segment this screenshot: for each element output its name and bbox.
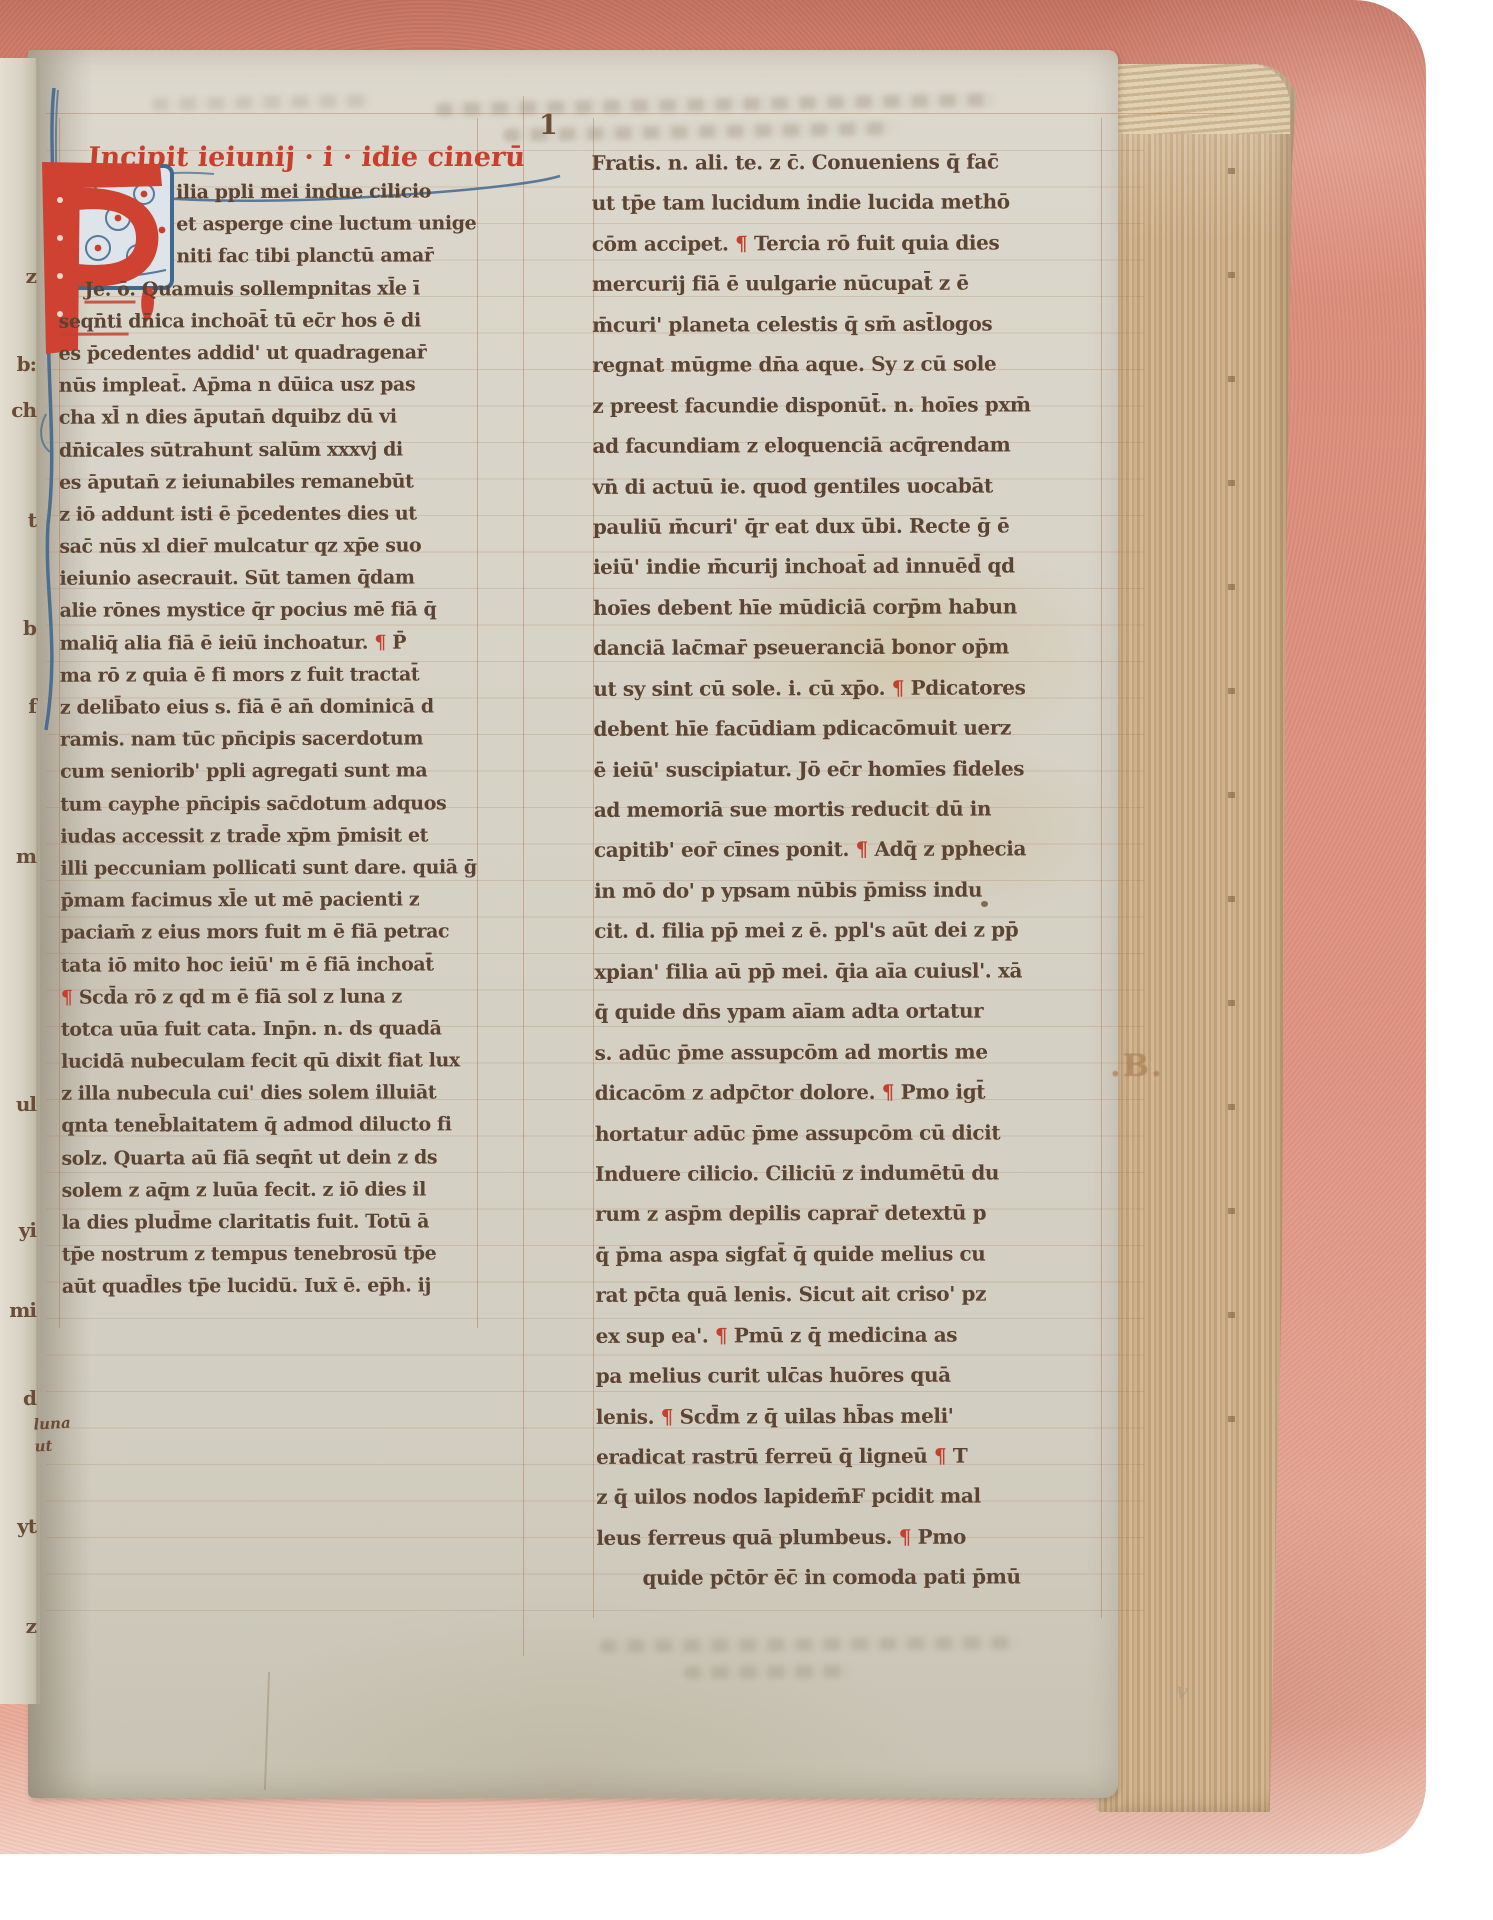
margin-gloss: luna ut xyxy=(33,1410,95,1457)
text-line: ex sup ea'. ¶ Pmū z q̄ medicina as xyxy=(596,1314,1111,1356)
ink-speck xyxy=(981,901,988,907)
text-line: sac̄ nūs xl dier̄ mulcatur qz xp̄e suo xyxy=(59,529,479,563)
text-line: rum z asp̄m depilis caprar̄ detextū p xyxy=(595,1192,1110,1234)
text-line: ē ieiū' suscipiatur. Jō ec̄r homīes fide… xyxy=(594,748,1109,790)
leaf-edge-fragment: m xyxy=(16,844,36,868)
text-line: debent hīe facūdiam pdicacōmuit uerz xyxy=(593,707,1108,749)
text-line: s. adūc p̄me assupcōm ad mortis me xyxy=(595,1031,1110,1073)
text-line: alie rōnes mystice q̄r pocius mē fiā q̄ xyxy=(59,594,479,628)
text-line: es āputan̄ z ieiunabiles remanebūt xyxy=(59,465,479,499)
text-line: tum cayphe pn̄cipis sac̄dotum adquos xyxy=(60,787,480,821)
text-line: cit. d. filia pp̄ mei z ē. ppl's aūt dei… xyxy=(594,909,1109,951)
text-line: cum seniorib' ppli agregati sunt ma xyxy=(60,755,480,789)
text-line: ad memoriā sue mortis reducit dū in xyxy=(594,788,1109,830)
text-line: in mō do' p ypsam nūbis p̄miss indu xyxy=(594,869,1109,911)
leaf-edge-fragment: z xyxy=(26,1614,36,1638)
text-line: ieiū' indie m̄curij inchoat̄ ad innuēd̄ … xyxy=(593,545,1108,587)
leaf-edge-fragment: ul xyxy=(16,1092,36,1116)
text-line: ¶ Scd̄a rō z qd m ē fiā sol z luna z xyxy=(61,980,481,1014)
text-line: z delib̄ato eius s. fiā ē an̄ dominicā d xyxy=(60,690,480,724)
text-line: lucidā nubeculam fecit qū dixit fiat lux xyxy=(61,1044,481,1078)
text-line: qnta teneb̄laitatem q̄ admod dilucto fi xyxy=(61,1109,481,1143)
text-line: aūt quad̄les tp̄e lucidū. Iux̄ ē. ep̄h. … xyxy=(62,1270,482,1304)
text-line: m̄curi' planeta celestis q̄ sm̄ ast̄logo… xyxy=(592,303,1107,345)
text-line: ma rō z quia ē fi mors z fuit tractat̄ xyxy=(60,658,480,692)
text-line: ramis. nam tūc pn̄cipis sacerdotum xyxy=(60,722,480,756)
text-line: totca uūa fuit cata. Inp̄n. n. ds quadā xyxy=(61,1012,481,1046)
text-line: xpian' filia aū pp̄ mei. q̄ia aīa cuiusl… xyxy=(594,950,1109,992)
text-line: vn̄ di actuū ie. quod gentiles uocabāt xyxy=(593,465,1108,507)
text-line: solem z aq̄m z luūa fecit. z iō dies il xyxy=(62,1173,482,1207)
text-line: seqn̄ti dn̄ica inchoāt̄ tū ec̄r hos ē di xyxy=(58,304,478,338)
text-line: regnat mūgme dn̄a aque. Sy z cū sole xyxy=(592,343,1107,385)
text-line: rat pc̄ta quā lenis. Sicut ait criso' pz xyxy=(595,1273,1110,1315)
text-line: z illa nubecula cui' dies solem illuiāt xyxy=(61,1077,481,1111)
text-line: tata iō mito hoc ieiū' m ē fiā inchoat̄ xyxy=(61,948,481,982)
text-column-left: ilia ppli mei indue cilicioet asperge ci… xyxy=(58,175,482,1303)
show-through-text xyxy=(600,1636,1020,1694)
text-line: leus ferreus quā plumbeus. ¶ Pmo xyxy=(596,1516,1111,1558)
text-line: quide pc̄tōr ēc̄ in comoda pati p̄mū xyxy=(642,1556,1111,1598)
text-line: hoīes debent hīe mūdiciā corp̄m habun xyxy=(593,586,1108,628)
text-line: z q̄ uilos nodos lapidem̄F pcidit mal xyxy=(596,1476,1111,1518)
text-line: pa melius curit ulc̄as huōres quā xyxy=(596,1354,1111,1396)
text-line: et asperge cine luctum unige xyxy=(176,207,478,240)
text-line: p̄mam facimus xl̄e ut mē pacienti z xyxy=(61,883,481,917)
text-line: dn̄icales sūtrahunt salūm xxxvj di xyxy=(59,433,479,467)
text-line: ut sy sint cū sole. i. cū xp̄o. ¶ Pdicat… xyxy=(593,667,1108,709)
text-line: q̄ quide dn̄s ypam aīam adta ortatur xyxy=(594,990,1109,1032)
text-line: Je. ō. Quamuis sollempnitas xl̄e ī xyxy=(84,272,478,306)
ruling-vertical-line xyxy=(523,96,524,1656)
text-line: q̄ p̄ma aspa sigfat̄ q̄ quide melius cu xyxy=(595,1233,1110,1275)
text-line: iudas accessit z trad̄e xp̄m p̄misit et xyxy=(60,819,480,853)
text-line: maliq̄ alia fiā ē ieiū inchoatur. ¶ P̄ xyxy=(60,626,480,660)
text-line: ut tp̄e tam lucidum indie lucida methō xyxy=(592,182,1107,224)
text-line: danciā lac̄mar̄ pseueranciā bonor op̄m xyxy=(593,626,1108,668)
pricking-marks xyxy=(1228,168,1235,1464)
text-line: capitib' eor̄ cīnes ponit. ¶ Adq̄ z pphe… xyxy=(594,829,1109,871)
text-line: illi peccuniam pollicati sunt dare. quiā… xyxy=(60,851,480,885)
text-line: z preest facundie disponūt̄. n. hoīes px… xyxy=(592,384,1107,426)
text-line: pauliū m̄curi' q̄r eat dux ūbi. Recte ḡ … xyxy=(593,505,1108,547)
leaf-edge-fragment: yi xyxy=(19,1218,36,1242)
text-line: eradicat rastrū ferreū q̄ ligneū ¶ T xyxy=(596,1435,1111,1477)
margin-gloss-line: luna xyxy=(33,1410,94,1435)
text-line: ad facundiam z eloquenciā acq̄rendam xyxy=(592,424,1107,466)
leaf-edge-fragment: mi xyxy=(9,1298,36,1322)
text-line: la dies plud̄me claritatis fuit. Totū ā xyxy=(62,1205,482,1239)
text-line: solz. Quarta aū fiā seqn̄t ut dein z ds xyxy=(61,1141,481,1175)
text-line: lenis. ¶ Scd̄m z q̄ uilas hb̄as meli' xyxy=(596,1395,1111,1437)
text-line: niti fac tibi planctū amar̄ xyxy=(176,240,478,273)
text-line: mercurij fiā ē uulgarie nūcupat̄ z ē xyxy=(592,262,1107,304)
leaf-edge-fragment: yt xyxy=(17,1514,36,1538)
text-line: hortatur adūc p̄me assupcōm cū dicit xyxy=(595,1112,1110,1154)
text-line: es p̄cedentes addid' ut quadragenar̄ xyxy=(59,336,479,370)
manuscript-photo: zb:chtbfmulyimidytzB 1 Incipit ieiunij ·… xyxy=(0,0,1493,1920)
text-line: tp̄e nostrum z tempus tenebrosū tp̄e xyxy=(62,1237,482,1271)
text-line: cōm accipet. ¶ Tercia rō fuit quia dies xyxy=(592,222,1107,264)
text-column-right: Fratis. n. ali. te. z c̄. Conueniens q̄ … xyxy=(591,141,1111,1599)
text-line: nūs impleat̄. Ap̄ma n dūica usz pas xyxy=(59,368,479,402)
text-line: z iō addunt isti ē p̄cedentes dies ut xyxy=(59,497,479,531)
leaf-edge-fragment: d xyxy=(23,1386,36,1410)
text-line: cha xl̄ n dies āputan̄ dquibz dū vi xyxy=(59,401,479,435)
leaf-edge-fragment: ch xyxy=(11,398,36,422)
text-line: ilia ppli mei indue cilicio xyxy=(176,175,478,208)
text-line: Induere cilicio. Ciliciū z indumētū du xyxy=(595,1152,1110,1194)
margin-gloss-line: ut xyxy=(34,1432,95,1457)
text-line: paciam̄ z eius mors fuit m ē fiā petrac xyxy=(61,916,481,950)
fore-edge-top-leaves xyxy=(1100,64,1290,134)
folio-number: 1 xyxy=(539,110,558,141)
text-line: dicacōm z adpc̄tor dolore. ¶ Pmo igt̄ xyxy=(595,1071,1110,1113)
text-line: ieiunio asecrauit. Sūt tamen q̄dam xyxy=(59,562,479,596)
text-line: Fratis. n. ali. te. z c̄. Conueniens q̄ … xyxy=(591,141,1106,183)
erased-inscription xyxy=(152,94,372,125)
margin-quire-letter: .B. xyxy=(1110,1048,1164,1084)
